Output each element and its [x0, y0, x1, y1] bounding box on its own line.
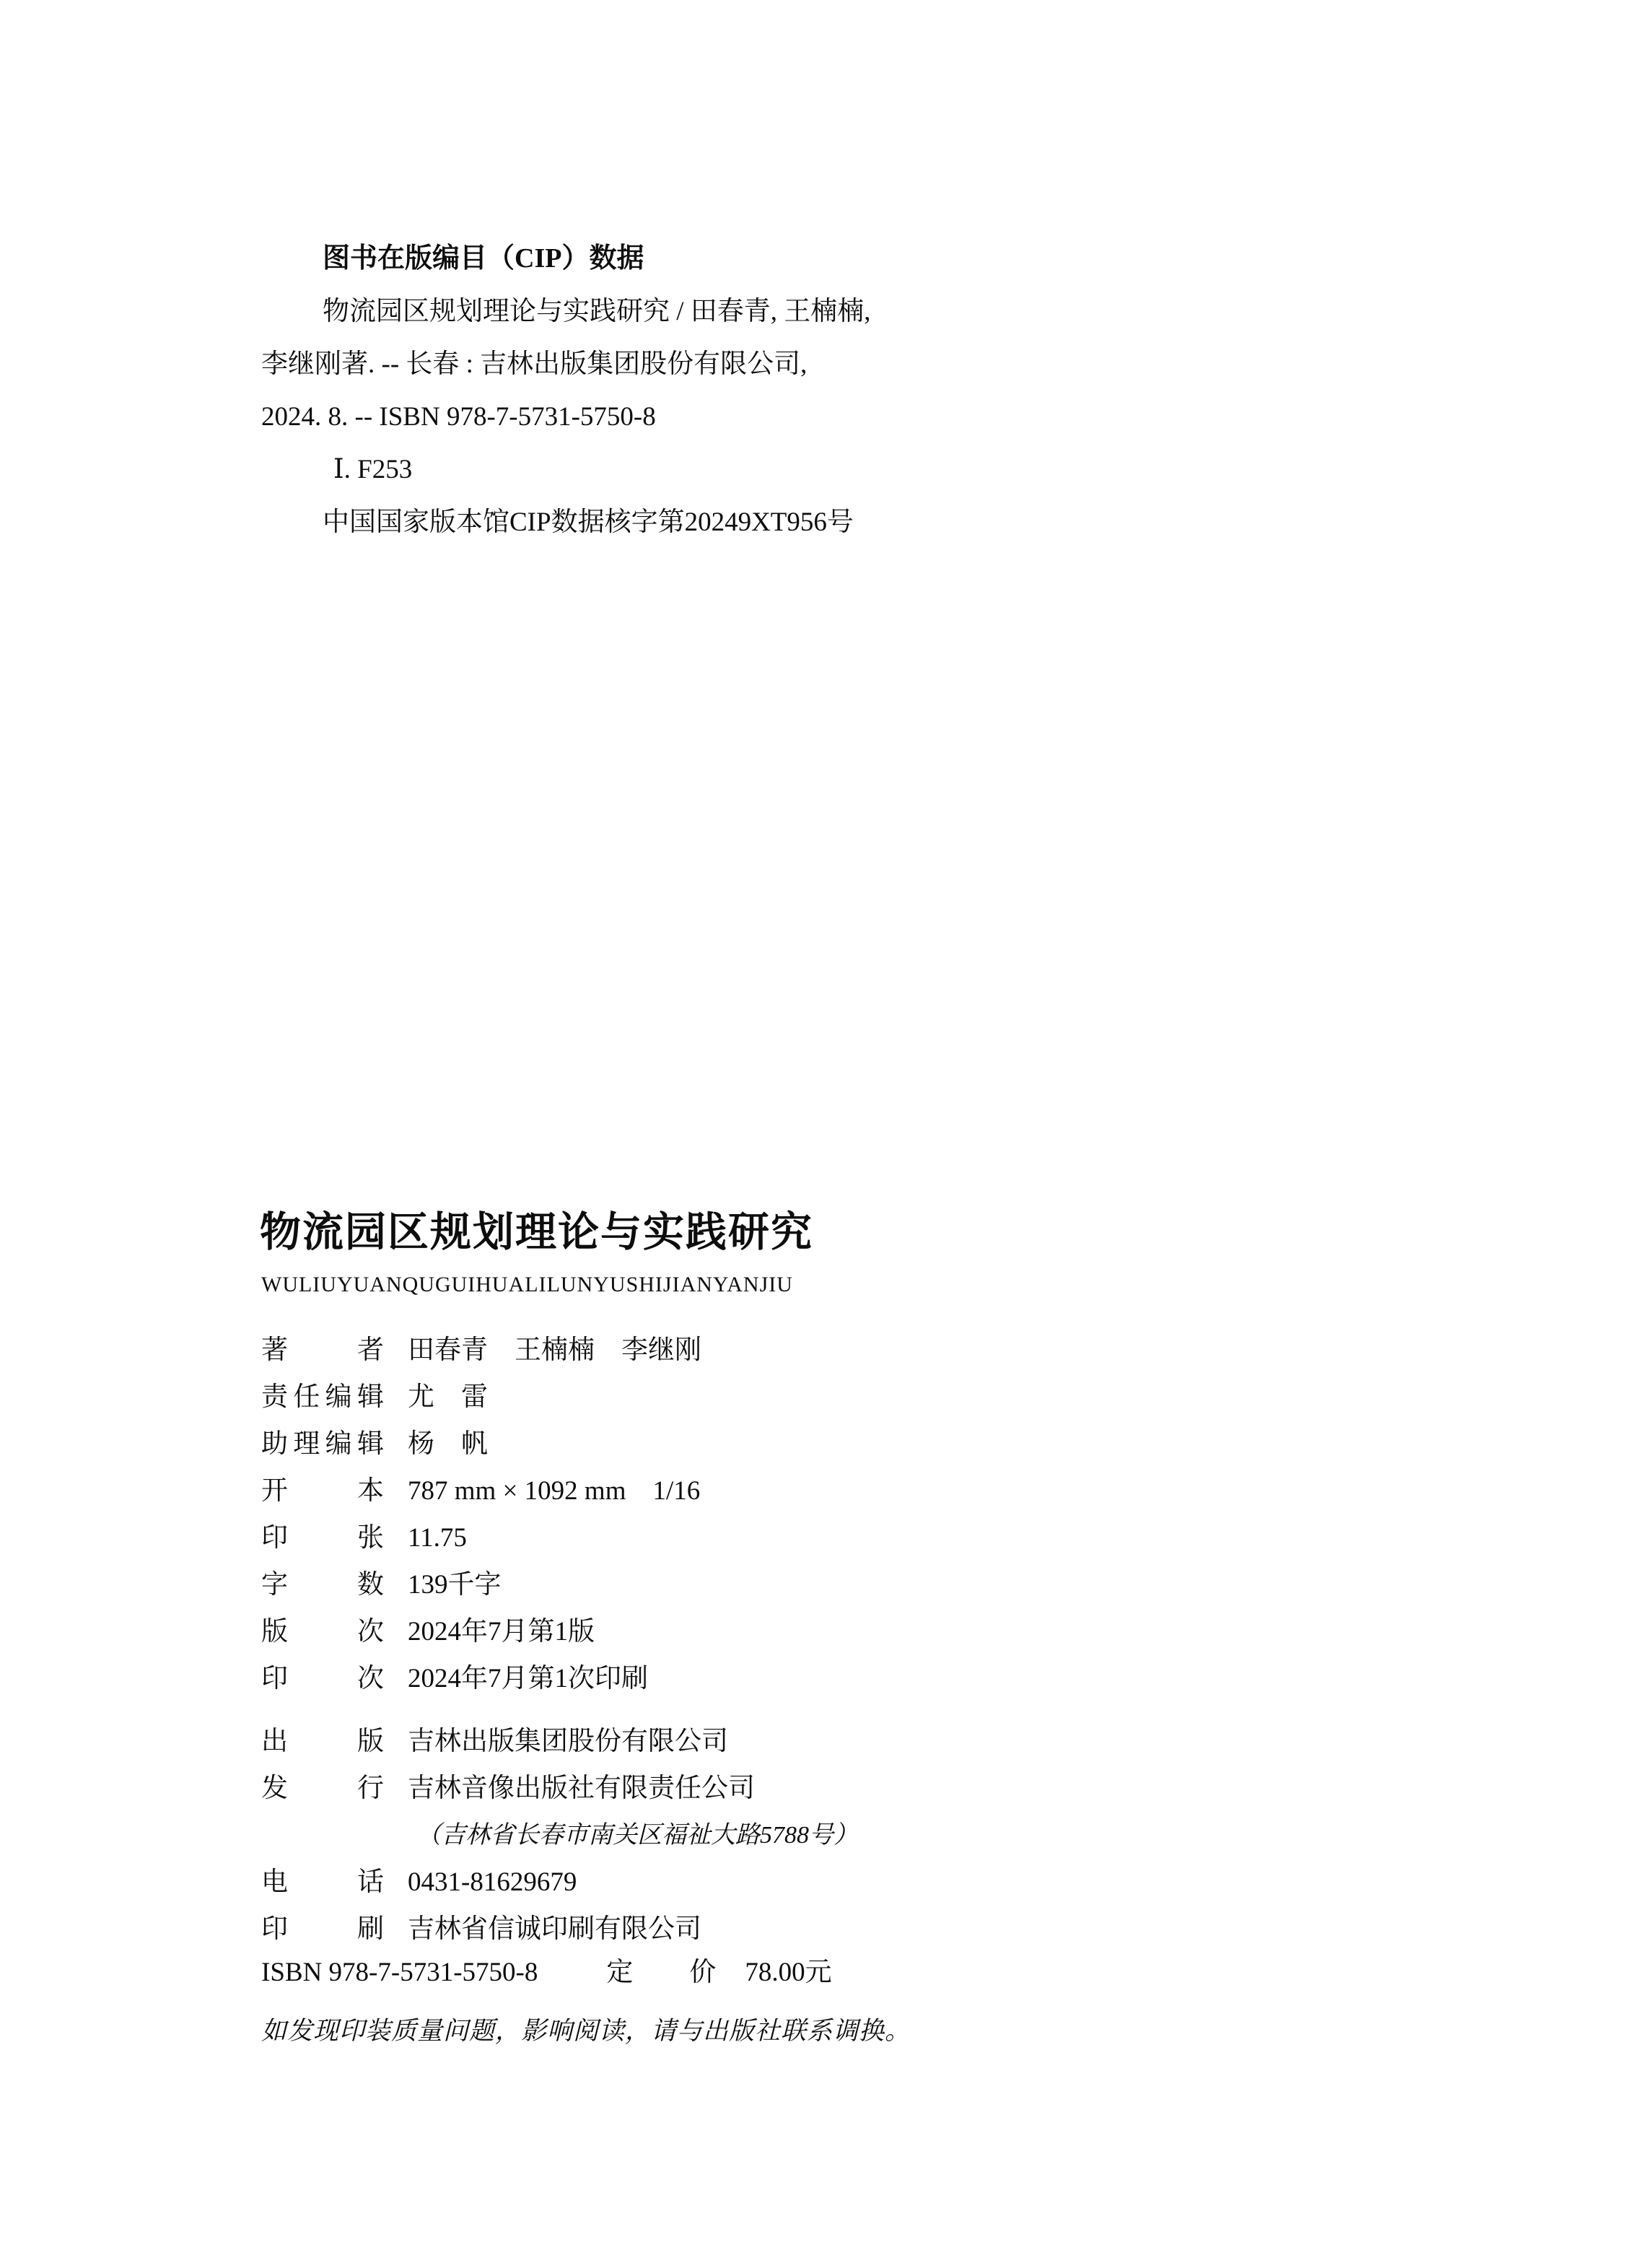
colophon-row-sheets: 印张11.75 — [261, 1514, 858, 1561]
row-label: 电话 — [261, 1859, 384, 1906]
book-title: 物流园区规划理论与实践研究 — [260, 1207, 813, 1257]
cip-line: 物流园区规划理论与实践研究 / 田春青, 王楠楠, — [261, 285, 1113, 338]
colophon-row-phone: 电话0431-81629679 — [261, 1859, 858, 1906]
row-label: 印张 — [261, 1514, 384, 1561]
row-value: 139千字 — [408, 1561, 502, 1608]
colophon-row-edition: 版次2024年7月第1版 — [261, 1608, 858, 1655]
colophon-row-editor: 责任编辑尤 雷 — [261, 1374, 858, 1421]
row-label: 助理编辑 — [261, 1421, 384, 1467]
row-label: 开本 — [261, 1467, 384, 1514]
row-label: 出版 — [261, 1718, 384, 1765]
row-label: 版次 — [261, 1608, 384, 1655]
colophon-group-gap — [261, 1702, 858, 1718]
row-label: 责任编辑 — [261, 1374, 384, 1421]
cip-block: 图书在版编目（CIP）数据 物流园区规划理论与实践研究 / 田春青, 王楠楠, … — [261, 232, 1113, 549]
colophon-row-impression: 印次2024年7月第1次印刷 — [261, 1655, 858, 1702]
colophon-row-format: 开本787 mm × 1092 mm 1/16 — [261, 1467, 858, 1514]
row-value: 0431-81629679 — [408, 1859, 577, 1906]
row-value: 2024年7月第1版 — [408, 1608, 595, 1655]
price-value: 78.00元 — [745, 1958, 831, 1987]
cip-classification: Ⅰ. F253 — [261, 443, 1113, 496]
row-value: 吉林出版集团股份有限公司 — [408, 1718, 728, 1765]
row-value: 田春青 王楠楠 李继刚 — [408, 1327, 701, 1374]
isbn-number: ISBN 978-7-5731-5750-8 — [261, 1958, 538, 1987]
row-value: 吉林省信诚印刷有限公司 — [408, 1906, 701, 1953]
colophon-row-word-count: 字数139千字 — [261, 1561, 858, 1608]
row-label: 发行 — [261, 1765, 384, 1812]
publisher-address: （吉林省长春市南关区福祉大路5788号） — [261, 1812, 858, 1859]
row-value: 787 mm × 1092 mm 1/16 — [408, 1467, 700, 1514]
colophon-row-distributor: 发行吉林音像出版社有限责任公司 — [261, 1765, 858, 1812]
row-label: 著者 — [261, 1327, 384, 1374]
colophon: 著者田春青 王楠楠 李继刚 责任编辑尤 雷 助理编辑杨 帆 开本787 mm ×… — [261, 1327, 858, 1953]
row-value: 尤 雷 — [408, 1374, 488, 1421]
price-label-right: 价 — [689, 1958, 716, 1987]
row-label: 字数 — [261, 1561, 384, 1608]
book-title-pinyin: WULIUYUANQUGUIHUALILUNYUSHIJIANYANJIU — [261, 1273, 793, 1297]
price-label-left: 定 — [606, 1958, 633, 1987]
copyright-page: 图书在版编目（CIP）数据 物流园区规划理论与实践研究 / 田春青, 王楠楠, … — [0, 0, 1628, 2268]
row-label: 印刷 — [261, 1906, 384, 1953]
colophon-row-author: 著者田春青 王楠楠 李继刚 — [261, 1327, 858, 1374]
cip-line: 2024. 8. -- ISBN 978-7-5731-5750-8 — [261, 391, 1113, 443]
row-value: 吉林音像出版社有限责任公司 — [408, 1765, 755, 1812]
cip-line: 李继刚著. -- 长春 : 吉林出版集团股份有限公司, — [261, 338, 1113, 391]
row-value: 11.75 — [408, 1514, 467, 1561]
quality-note: 如发现印装质量问题，影响阅读，请与出版社联系调换。 — [261, 2011, 911, 2047]
cip-heading: 图书在版编目（CIP）数据 — [261, 232, 1113, 285]
row-label: 印次 — [261, 1655, 384, 1702]
row-value: 杨 帆 — [408, 1421, 488, 1467]
isbn-price-line: ISBN 978-7-5731-5750-8定价78.00元 — [261, 1949, 832, 1996]
colophon-row-assistant-editor: 助理编辑杨 帆 — [261, 1421, 858, 1467]
row-value: 2024年7月第1次印刷 — [408, 1655, 648, 1702]
cip-record-number: 中国国家版本馆CIP数据核字第20249XT956号 — [261, 496, 1113, 549]
colophon-row-printer: 印刷吉林省信诚印刷有限公司 — [261, 1906, 858, 1953]
colophon-row-publisher: 出版吉林出版集团股份有限公司 — [261, 1718, 858, 1765]
